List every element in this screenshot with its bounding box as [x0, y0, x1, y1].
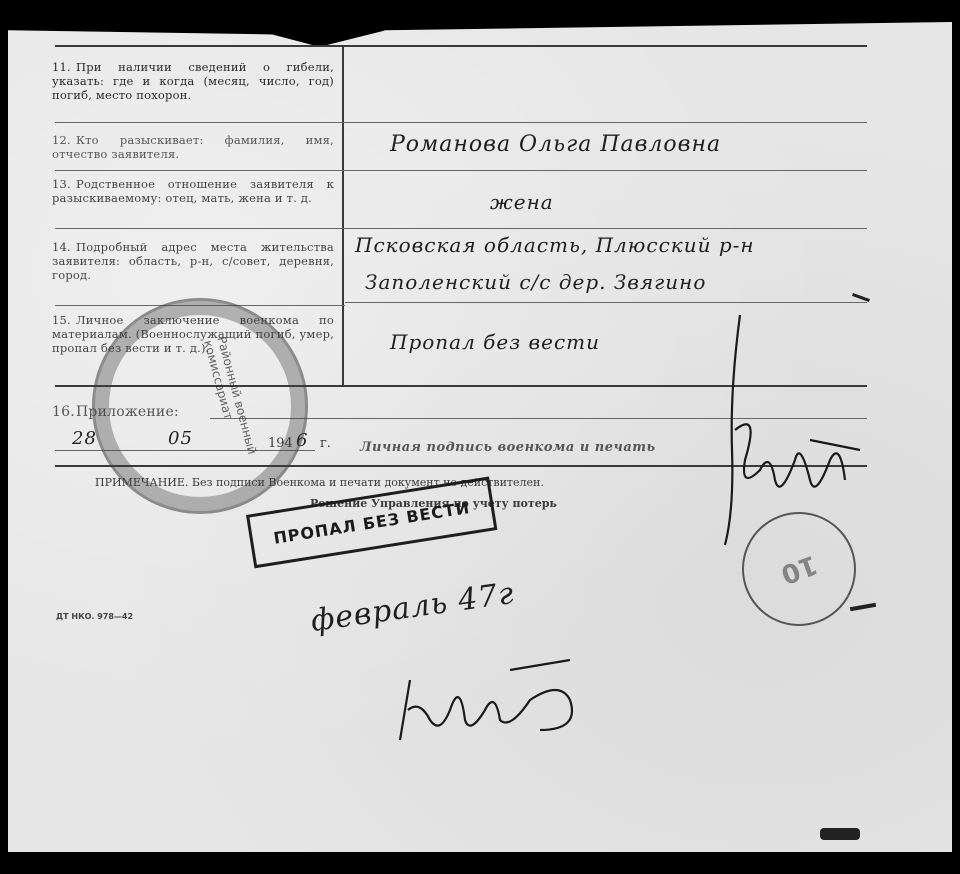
- row-12-label: 12.Кто разыскивает: фамилия, имя, отчест…: [52, 133, 334, 161]
- row-11-label: 11.При наличии сведений о гибели, указат…: [52, 60, 334, 102]
- applicant-name: Романова Ольга Павловна: [390, 132, 721, 157]
- column-divider: [342, 45, 344, 385]
- form-code: ДТ НКО. 978—42: [56, 612, 133, 621]
- row-14-label: 14.Подробный адрес места жительства заяв…: [52, 240, 334, 282]
- conclusion: Пропал без вести: [390, 330, 600, 354]
- address-line-1: Псковская область, Плюсский р-н: [355, 233, 755, 257]
- row-divider: [55, 228, 867, 229]
- relationship: жена: [490, 190, 554, 214]
- round-official-stamp: [92, 298, 308, 514]
- date-suffix: г.: [320, 436, 331, 451]
- row-divider: [345, 302, 867, 303]
- row-divider: [55, 122, 867, 123]
- signature-bottom: [390, 640, 590, 750]
- date-day: 28: [72, 428, 97, 449]
- address-line-2: Заполенский с/с дер. Звягино: [365, 270, 706, 294]
- row-13-label: 13.Родственное отношение заявителя к раз…: [52, 177, 334, 205]
- signature-caption: Личная подпись военкома и печать: [360, 440, 656, 455]
- row-divider: [55, 170, 867, 171]
- paper-tear: [820, 828, 860, 840]
- top-rule: [55, 45, 867, 47]
